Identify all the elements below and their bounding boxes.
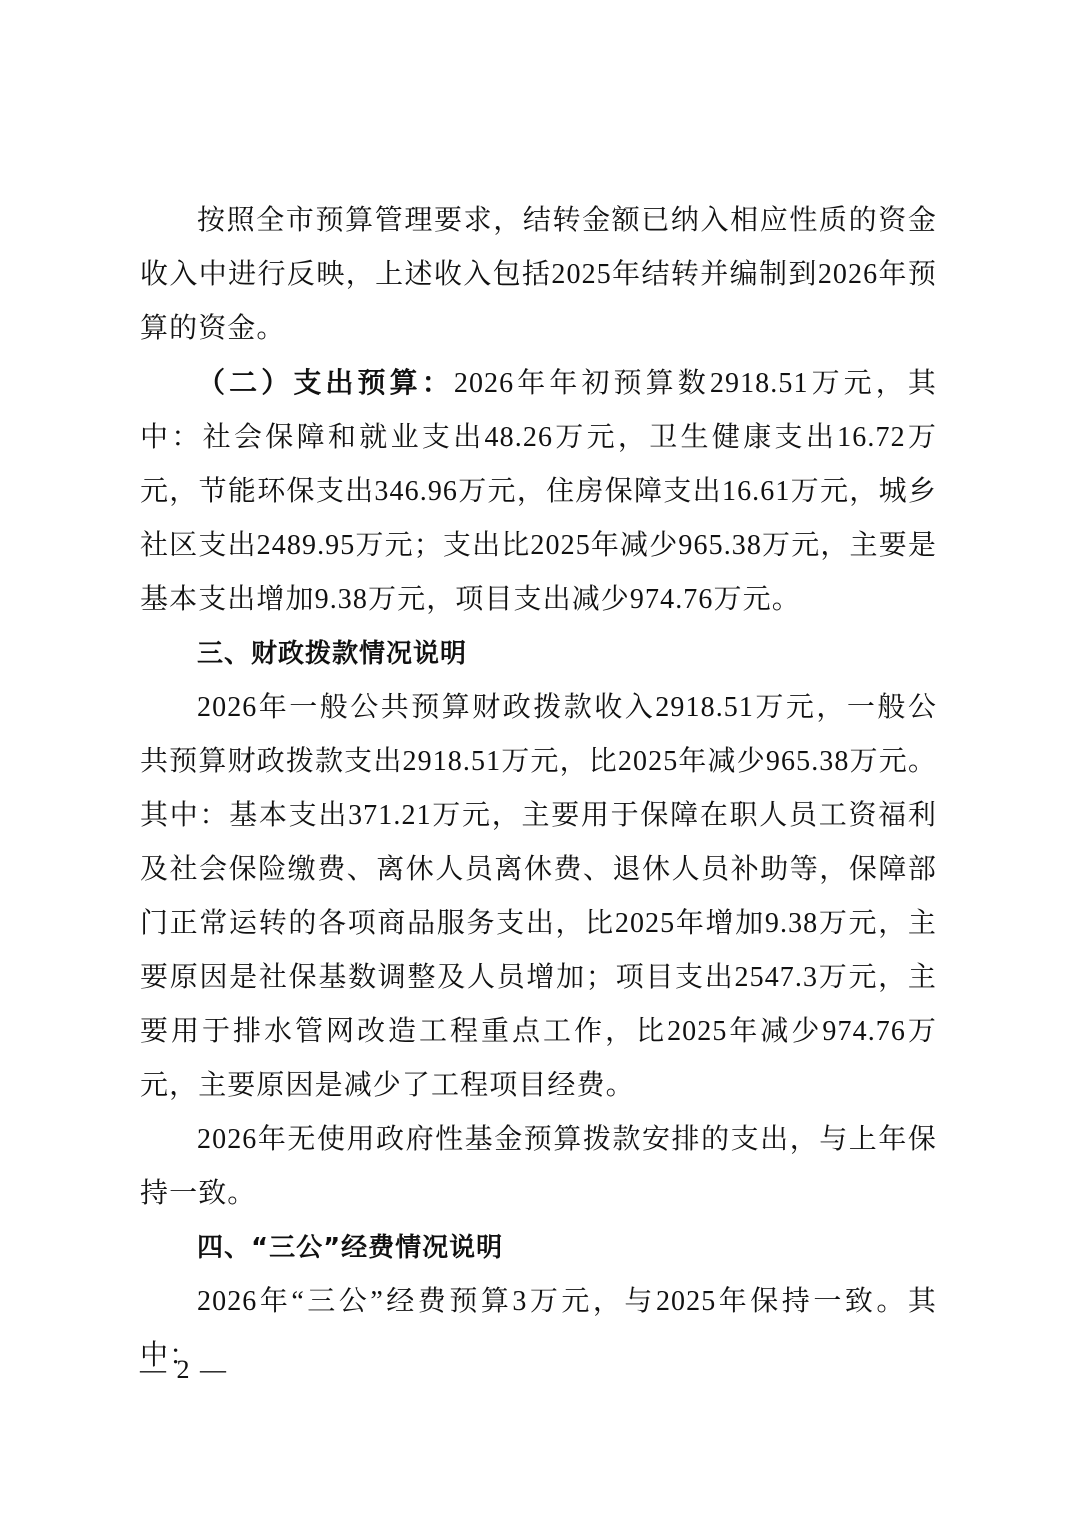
section-heading-three-public: 四、“三公”经费情况说明 [140, 1221, 937, 1275]
paragraph-expenditure-text: 2026年年初预算数2918.51万元，其中：社会保障和就业支出48.26万元，… [140, 368, 937, 615]
paragraph-carryover-note: 按照全市预算管理要求，结转金额已纳入相应性质的资金收入中进行反映，上述收入包括2… [140, 194, 937, 356]
paragraph-government-fund: 2026年无使用政府性基金预算拨款安排的支出，与上年保持一致。 [140, 1113, 937, 1221]
paragraph-general-public-budget: 2026年一般公共预算财政拨款收入2918.51万元，一般公共预算财政拨款支出2… [140, 681, 937, 1113]
section-heading-fiscal-appropriation: 三、财政拨款情况说明 [140, 627, 937, 681]
document-body: 按照全市预算管理要求，结转金额已纳入相应性质的资金收入中进行反映，上述收入包括2… [140, 194, 937, 1383]
paragraph-three-public-budget: 2026年“三公”经费预算3万元，与2025年保持一致。其中： [140, 1275, 937, 1383]
paragraph-expenditure-budget: （二）支出预算：2026年年初预算数2918.51万元，其中：社会保障和就业支出… [140, 356, 937, 627]
subsection-lead: （二）支出预算： [197, 366, 454, 399]
page-number: — 2 — [140, 1355, 228, 1385]
